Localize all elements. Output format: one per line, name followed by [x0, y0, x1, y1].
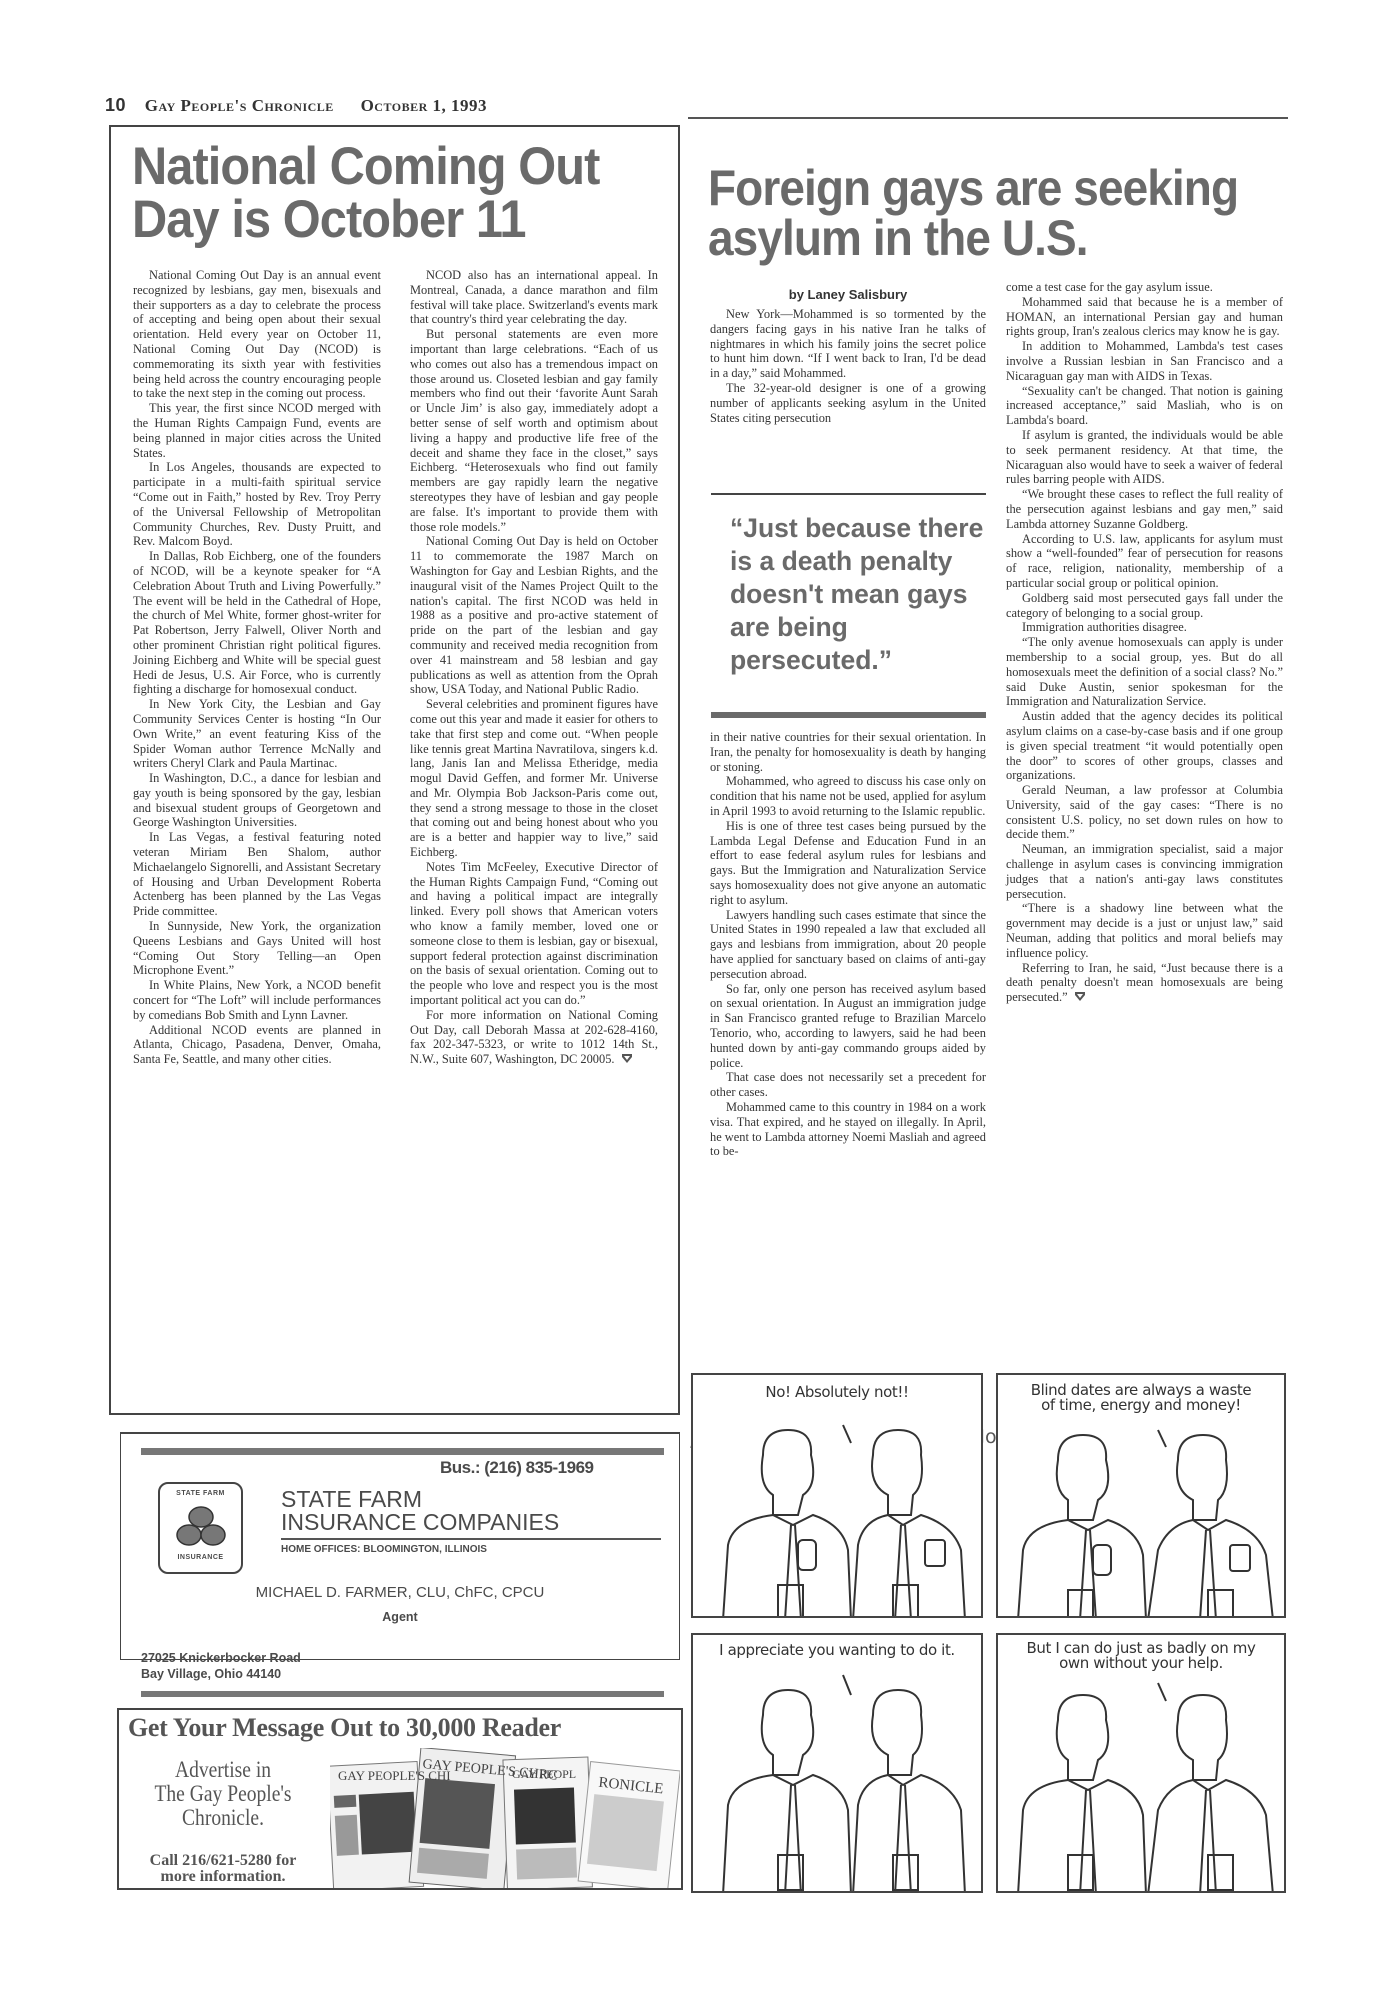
business-phone: Bus.: (216) 835-1969 [440, 1458, 593, 1478]
pull-quote: “Just because there is a death penalty d… [730, 512, 990, 677]
paragraph: National Coming Out Day is held on Octob… [410, 534, 658, 697]
issue-date: October 1, 1993 [361, 96, 487, 115]
paragraph-text: Referring to Iran, he said, “Just becaus… [1006, 961, 1283, 1005]
paragraph: Additional NCOD events are planned in At… [133, 1023, 381, 1067]
paragraph: So far, only one person has received asy… [710, 982, 986, 1071]
state-farm-logo: STATE FARM INSURANCE [158, 1482, 243, 1574]
paragraph: Mohammed, who agreed to discuss his case… [710, 774, 986, 818]
two-men-drawing [998, 1635, 1286, 1893]
ad-bar [141, 1448, 664, 1455]
agent-name: MICHAEL D. FARMER, CLU, ChFC, CPCU [120, 1584, 680, 1601]
paragraph: “The only avenue homosexuals can apply i… [1006, 635, 1283, 709]
publication-name: Gay People's Chronicle [145, 96, 334, 115]
agent-title: Agent [120, 1610, 680, 1624]
paragraph: in their native countries for their sexu… [710, 730, 986, 774]
paragraph: In Las Vegas, a festival featuring noted… [133, 830, 381, 919]
headline-line: Day is October 11 [132, 193, 684, 246]
paragraph: Gerald Neuman, a law professor at Columb… [1006, 783, 1283, 842]
agent-address: 27025 Knickerbocker Road Bay Village, Oh… [141, 1650, 301, 1682]
paragraph: New York—Mohammed is so tormented by the… [710, 307, 986, 381]
article2-column2: come a test case for the gay asylum issu… [1006, 280, 1283, 1005]
paragraph: This year, the first since NCOD merged w… [133, 401, 381, 460]
newspaper-collage-image: GAY PEOPLE'S CHI GAY PEOPLE'S CHRC GAY P… [330, 1748, 680, 1888]
home-offices: HOME OFFICES: BLOOMINGTON, ILLINOIS [281, 1544, 487, 1555]
paragraph: Lawyers handling such cases estimate tha… [710, 908, 986, 982]
chronicle-ad-phone: Call 216/621-5280 for more information. [128, 1853, 318, 1885]
paragraph: “Sexuality can't be changed. That notion… [1006, 384, 1283, 428]
pull-quote-rule-bottom [711, 712, 986, 718]
comic-panel-4: But I can do just as badly on my own wit… [996, 1633, 1286, 1893]
two-men-drawing [693, 1375, 983, 1618]
address-line: Bay Village, Ohio 44140 [141, 1666, 301, 1682]
company-name-line1: STATE FARM [281, 1488, 422, 1511]
headline-foreign-gays-asylum: Foreign gays are seeking asylum in the U… [708, 163, 1297, 263]
paragraph: Austin added that the agency decides its… [1006, 709, 1283, 783]
paragraph: Neuman, an immigration specialist, said … [1006, 842, 1283, 901]
end-of-story-icon [621, 1053, 633, 1064]
article2-column1-top: New York—Mohammed is so tormented by the… [710, 307, 986, 425]
paragraph: That case does not necessarily set a pre… [710, 1070, 986, 1100]
headline-line: National Coming Out [132, 140, 684, 193]
address-line: 27025 Knickerbocker Road [141, 1650, 301, 1666]
chronicle-ad-tagline: Advertise in The Gay People's Chronicle. [142, 1758, 304, 1830]
call-line: more information. [128, 1869, 318, 1885]
headline-line: asylum in the U.S. [708, 213, 1297, 263]
paragraph: Notes Tim McFeeley, Executive Director o… [410, 860, 658, 1008]
pull-quote-rule-top [711, 493, 986, 495]
logo-text-top: STATE FARM [160, 1490, 241, 1497]
two-men-drawing [998, 1375, 1286, 1618]
paragraph: Referring to Iran, he said, “Just becaus… [1006, 961, 1283, 1005]
tagline-line: Advertise in [142, 1758, 304, 1782]
article2-column1-bottom: in their native countries for their sexu… [710, 730, 986, 1159]
paragraph: “There is a shadowy line between what th… [1006, 901, 1283, 960]
paragraph: For more information on National Coming … [410, 1008, 658, 1067]
comic-panel-3: I appreciate you wanting to do it. [691, 1633, 983, 1893]
paragraph: come a test case for the gay asylum issu… [1006, 280, 1283, 295]
paragraph: “We brought these cases to reflect the f… [1006, 487, 1283, 531]
call-line: Call 216/621-5280 for [128, 1853, 318, 1869]
paragraph: In White Plains, New York, a NCOD benefi… [133, 978, 381, 1022]
paragraph: The 32-year-old designer is one of a gro… [710, 381, 986, 425]
page-folio: 10 Gay People's Chronicle October 1, 199… [105, 95, 487, 116]
paragraph: In Dallas, Rob Eichberg, one of the foun… [133, 549, 381, 697]
tagline-line: Chronicle. [142, 1806, 304, 1830]
paragraph: In addition to Mohammed, Lambda's test c… [1006, 339, 1283, 383]
three-ovals-icon [175, 1504, 227, 1550]
comic-panel-1: No! Absolutely not!! [691, 1373, 983, 1618]
company-name-line2: INSURANCE COMPANIES [281, 1511, 559, 1534]
article1-column1: National Coming Out Day is an annual eve… [133, 268, 381, 1067]
paragraph: Mohammed said that because he is a membe… [1006, 295, 1283, 339]
paragraph: According to U.S. law, applicants for as… [1006, 532, 1283, 591]
paragraph: In Washington, D.C., a dance for lesbian… [133, 771, 381, 830]
paragraph: But personal statements are even more im… [410, 327, 658, 534]
headline-coming-out-day: National Coming Out Day is October 11 [132, 140, 684, 246]
two-men-drawing [693, 1635, 983, 1893]
paragraph: National Coming Out Day is an annual eve… [133, 268, 381, 401]
paragraph: In New York City, the Lesbian and Gay Co… [133, 697, 381, 771]
paragraph: Mohammed came to this country in 1984 on… [710, 1100, 986, 1159]
logo-text-bottom: INSURANCE [160, 1554, 241, 1561]
page-number: 10 [105, 95, 126, 115]
comic-panel-2: Blind dates are always a waste of time, … [996, 1373, 1286, 1618]
chronicle-ad-headline: Get Your Message Out to 30,000 Reader [128, 1713, 561, 1743]
headline-line: Foreign gays are seeking [708, 163, 1297, 213]
paragraph: His is one of three test cases being pur… [710, 819, 986, 908]
paragraph: Goldberg said most persecuted gays fall … [1006, 591, 1283, 621]
paragraph: Several celebrities and prominent figure… [410, 697, 658, 860]
paragraph: In Sunnyside, New York, the organization… [133, 919, 381, 978]
byline: by Laney Salisbury [710, 287, 986, 302]
paragraph: In Los Angeles, thousands are expected t… [133, 460, 381, 549]
end-of-story-icon [1074, 991, 1086, 1002]
company-rule [281, 1538, 661, 1540]
tagline-line: The Gay People's [142, 1782, 304, 1806]
paragraph: Immigration authorities disagree. [1006, 620, 1283, 635]
masthead-text: GAY PEOPL [512, 1767, 576, 1781]
ad-bar [141, 1691, 664, 1697]
paragraph: If asylum is granted, the individuals wo… [1006, 428, 1283, 487]
paragraph: NCOD also has an international appeal. I… [410, 268, 658, 327]
article1-column2: NCOD also has an international appeal. I… [410, 268, 658, 1067]
top-rule [688, 117, 1288, 119]
